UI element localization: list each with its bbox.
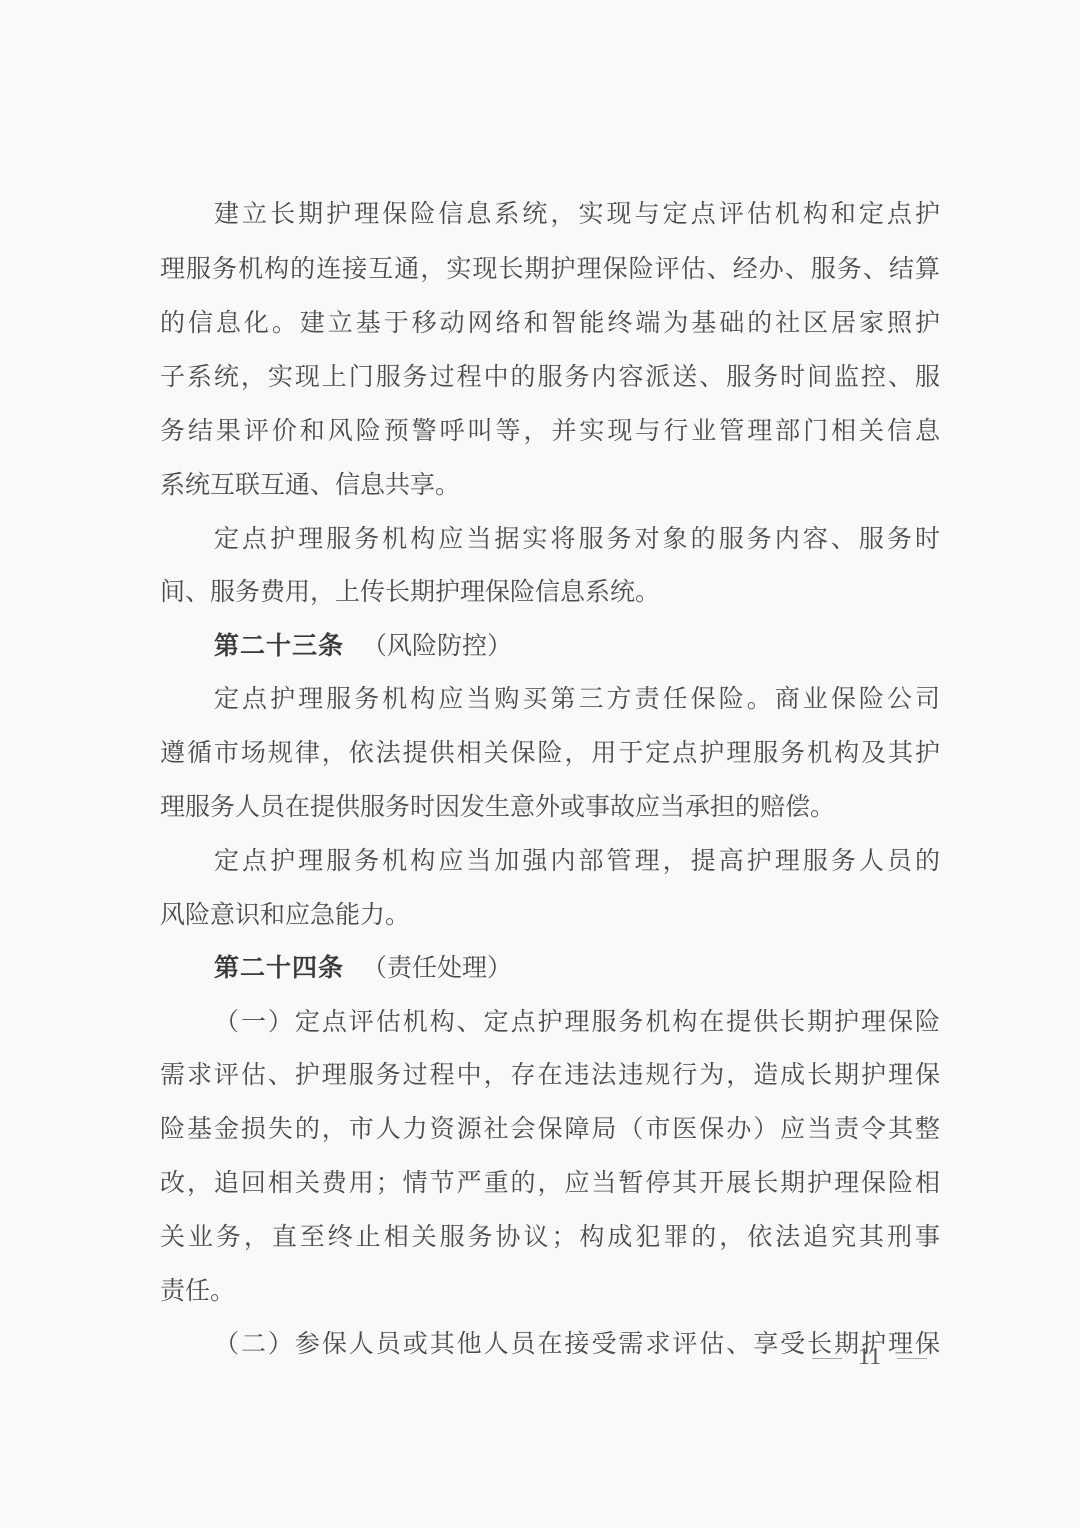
page-number-value: 11	[858, 1344, 881, 1370]
article-number: 第二十三条	[214, 631, 344, 660]
document-page: 建立长期护理保险信息系统，实现与定点评估机构和定点护 理服务机构的连接互通，实现…	[0, 0, 1080, 1528]
text-line: 定点护理服务机构应当加强内部管理，提高护理服务人员的	[214, 841, 940, 881]
text-line: 建立长期护理保险信息系统，实现与定点评估机构和定点护	[214, 194, 940, 234]
text-line: 需求评估、护理服务过程中，存在违法违规行为，造成长期护理保	[160, 1055, 940, 1095]
text-line: 风险意识和应急能力。	[160, 895, 940, 935]
text-line: 务结果评价和风险预警呼叫等，并实现与行业管理部门相关信息	[160, 411, 940, 451]
text-line: 险基金损失的，市人力资源社会保障局（市医保办）应当责令其整	[160, 1109, 940, 1149]
page-number-dash	[812, 1358, 842, 1359]
article-title: （风险防控）	[362, 631, 512, 660]
text-line: 关业务，直至终止相关服务协议；构成犯罪的，依法追究其刑事	[160, 1217, 940, 1257]
text-line: 子系统，实现上门服务过程中的服务内容派送、服务时间监控、服	[160, 357, 940, 397]
text-line: 理服务机构的连接互通，实现长期护理保险评估、经办、服务、结算	[160, 249, 940, 289]
article-heading: 第二十三条（风险防控）	[214, 626, 512, 666]
text-line: 定点护理服务机构应当据实将服务对象的服务内容、服务时	[214, 519, 940, 559]
page-number-dash	[897, 1358, 927, 1359]
text-line: 改，追回相关费用；情节严重的，应当暂停其开展长期护理保险相	[160, 1163, 940, 1203]
text-line: 理服务人员在提供服务时因发生意外或事故应当承担的赔偿。	[160, 787, 940, 827]
page-number: 11	[796, 1340, 943, 1374]
text-line: 间、服务费用，上传长期护理保险信息系统。	[160, 572, 940, 612]
text-line: 遵循市场规律，依法提供相关保险，用于定点护理服务机构及其护	[160, 733, 940, 773]
text-line: 责任。	[160, 1271, 940, 1311]
article-number: 第二十四条	[214, 953, 344, 982]
text-line: 的信息化。建立基于移动网络和智能终端为基础的社区居家照护	[160, 303, 940, 343]
article-heading: 第二十四条（责任处理）	[214, 948, 512, 988]
text-line: 系统互联互通、信息共享。	[160, 465, 940, 505]
text-line: （一）定点评估机构、定点护理服务机构在提供长期护理保险	[214, 1002, 940, 1042]
article-title: （责任处理）	[362, 953, 512, 982]
text-line: 定点护理服务机构应当购买第三方责任保险。商业保险公司	[214, 679, 940, 719]
